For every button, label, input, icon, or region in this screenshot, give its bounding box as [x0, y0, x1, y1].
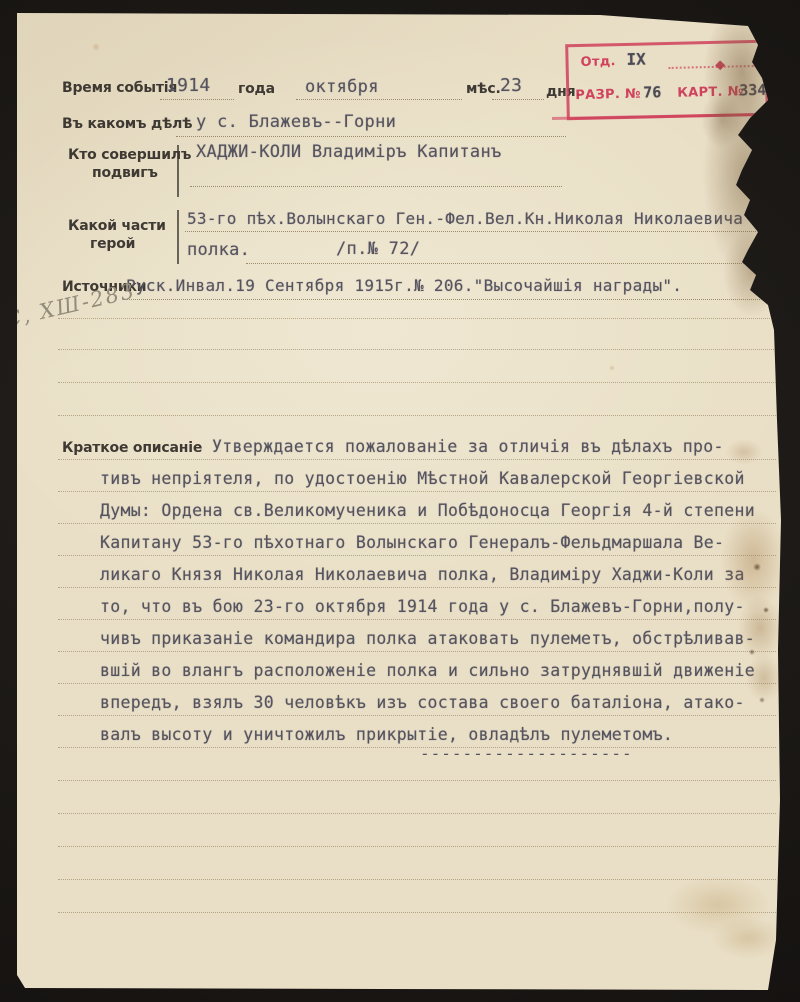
- unit-value-line1: 53-го пѣх.Волынскаго Ген.-Фел.Вел.Кн.Ник…: [187, 209, 743, 228]
- unit-value-line2: полка.: [187, 240, 250, 260]
- stamp-kart-value: 3345: [739, 81, 776, 100]
- stamp-dept-label: Отд.: [580, 54, 616, 70]
- hero-value: ХАДЖИ-КОЛИ Владиміръ Капитанъ: [196, 142, 502, 162]
- time-month-value: октября: [305, 77, 379, 97]
- time-year-value: 1914: [166, 75, 211, 96]
- hero-divider-bar: [177, 145, 179, 197]
- time-label: Время событія: [62, 80, 177, 96]
- description-line: Думы: Ордена св.Великомученика и Побѣдон…: [100, 501, 755, 520]
- underline-sources: [124, 299, 776, 300]
- stamp-leader-line: [669, 65, 757, 69]
- description-line: ликаго Князя Николая Николаевича полка, …: [100, 565, 745, 584]
- sources-value: Руск.Инвал.19 Сентября 1915г.№ 206."Высо…: [126, 276, 682, 295]
- archive-stamp: Отд. IX РАЗР. № 76 КАРТ. № 3345: [565, 40, 769, 121]
- stamp-leader-marker: [715, 60, 725, 70]
- unit-page-ref: /п.№ 72/: [336, 239, 420, 259]
- unit-divider-bar: [177, 210, 179, 264]
- description-line: то, что въ бою 23-го октября 1914 года у…: [100, 597, 745, 616]
- stamp-kart-label: КАРТ. №: [677, 84, 744, 101]
- hero-label-line2: подвигъ: [92, 165, 158, 181]
- stamp-dept-value: IX: [626, 49, 646, 68]
- stamp-razr-label: РАЗР. №: [575, 87, 641, 103]
- description-line: валъ высоту и уничтожилъ прикрытіе, овла…: [100, 725, 673, 744]
- description-terminator: --------------------: [420, 744, 633, 763]
- description-line: Капитану 53-го пѣхотнаго Волынскаго Гене…: [100, 533, 724, 552]
- archive-card: Время событія 1914 года октября мѣс. 23 …: [0, 0, 800, 1002]
- time-day-value: 23: [500, 75, 522, 96]
- description-label: Краткое описаніе: [62, 440, 202, 456]
- scanned-archive-page: { "document": { "fields": { "time": { "l…: [0, 0, 800, 1002]
- unit-label-line1: Какой части: [68, 218, 166, 234]
- unit-label-line2: герой: [90, 236, 135, 252]
- underline-action: [176, 136, 566, 137]
- underline-hero: [190, 186, 562, 187]
- underline-unit-1: [185, 231, 774, 232]
- underline-year: [160, 99, 234, 100]
- underline-unit-2: [246, 263, 774, 264]
- time-month-suffix: мѣс.: [466, 81, 501, 97]
- hero-label-line1: Кто совершилъ: [68, 147, 191, 163]
- description-line: тивъ непріятеля, по удостоенію Мѣстной К…: [100, 469, 745, 488]
- action-label: Въ какомъ дѣлѣ: [62, 116, 192, 132]
- time-year-suffix: года: [238, 81, 275, 97]
- description-line: вшій во влангъ расположеніе полка и силь…: [100, 661, 755, 680]
- description-line: впередъ, взялъ 30 человѣкъ изъ состава с…: [100, 693, 745, 712]
- stamp-razr-value: 76: [643, 83, 661, 101]
- action-value: у с. Блажевъ--Горни: [196, 112, 396, 132]
- underline-day: [492, 99, 544, 100]
- description-line: чивъ приказаніе командира полка атаковат…: [100, 629, 755, 648]
- description-line: Утверждается пожалованіе за отличія въ д…: [212, 437, 724, 456]
- underline-month: [296, 99, 462, 100]
